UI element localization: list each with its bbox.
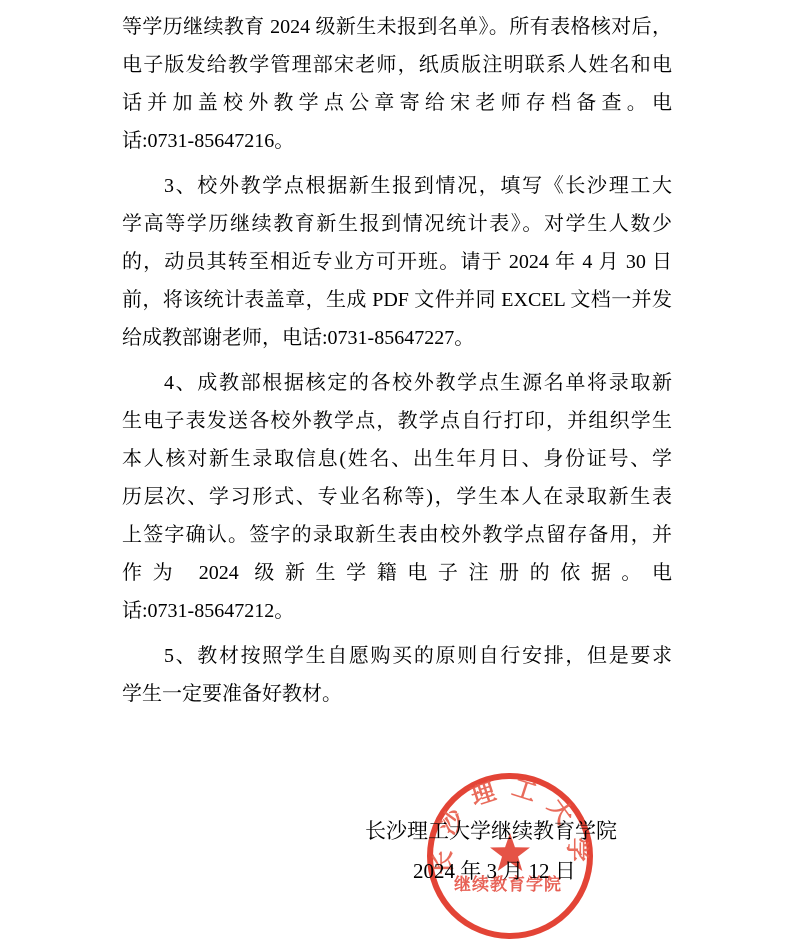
text-line: 给成教部谢老师，电话:0731-85647227。 bbox=[122, 319, 672, 357]
paragraph: 5、教材按照学生自愿购买的原则自行安排，但是要求学生一定要准备好教材。 bbox=[122, 637, 672, 713]
text-line: 学高等学历继续教育新生报到情况统计表》。对学生人数少 bbox=[122, 205, 672, 243]
text-line: 历层次、学习形式、专业名称等)，学生本人在录取新生表 bbox=[122, 478, 672, 516]
text-line: 5、教材按照学生自愿购买的原则自行安排，但是要求 bbox=[122, 637, 672, 675]
text-line: 生电子表发送各校外教学点，教学点自行打印，并组织学生 bbox=[122, 402, 672, 440]
text-line: 话:0731-85647216。 bbox=[122, 122, 672, 160]
text-line: 的，动员其转至相近专业方可开班。请于 2024 年 4 月 30 日 bbox=[122, 243, 672, 281]
signature-date: 2024 年 3 月 12 日 bbox=[413, 852, 576, 890]
text-line: 电子版发给教学管理部宋老师，纸质版注明联系人姓名和电 bbox=[122, 46, 672, 84]
text-line: 上签字确认。签字的录取新生表由校外教学点留存备用，并 bbox=[122, 516, 672, 554]
text-line: 本人核对新生录取信息(姓名、出生年月日、身份证号、学 bbox=[122, 440, 672, 478]
paragraph: 3、校外教学点根据新生报到情况，填写《长沙理工大学高等学历继续教育新生报到情况统… bbox=[122, 167, 672, 357]
paragraph: 等学历继续教育 2024 级新生未报到名单》。所有表格核对后，电子版发给教学管理… bbox=[122, 8, 672, 160]
text-line: 3、校外教学点根据新生报到情况，填写《长沙理工大 bbox=[122, 167, 672, 205]
signature-organization: 长沙理工大学继续教育学院 bbox=[365, 812, 617, 850]
text-line: 4、成教部根据核定的各校外教学点生源名单将录取新 bbox=[122, 364, 672, 402]
text-line: 话并加盖校外教学点公章寄给宋老师存档备查。电 bbox=[122, 84, 672, 122]
document-page: 等学历继续教育 2024 级新生未报到名单》。所有表格核对后，电子版发给教学管理… bbox=[0, 0, 794, 952]
text-line: 学生一定要准备好教材。 bbox=[122, 675, 672, 713]
paragraph: 4、成教部根据核定的各校外教学点生源名单将录取新生电子表发送各校外教学点，教学点… bbox=[122, 364, 672, 630]
document-body: 等学历继续教育 2024 级新生未报到名单》。所有表格核对后，电子版发给教学管理… bbox=[122, 8, 672, 713]
text-line: 作为 2024 级新生学籍电子注册的依据。电 bbox=[122, 554, 672, 592]
text-line: 等学历继续教育 2024 级新生未报到名单》。所有表格核对后， bbox=[122, 8, 672, 46]
text-line: 前，将该统计表盖章，生成 PDF 文件并同 EXCEL 文档一并发 bbox=[122, 281, 672, 319]
text-line: 话:0731-85647212。 bbox=[122, 592, 672, 630]
